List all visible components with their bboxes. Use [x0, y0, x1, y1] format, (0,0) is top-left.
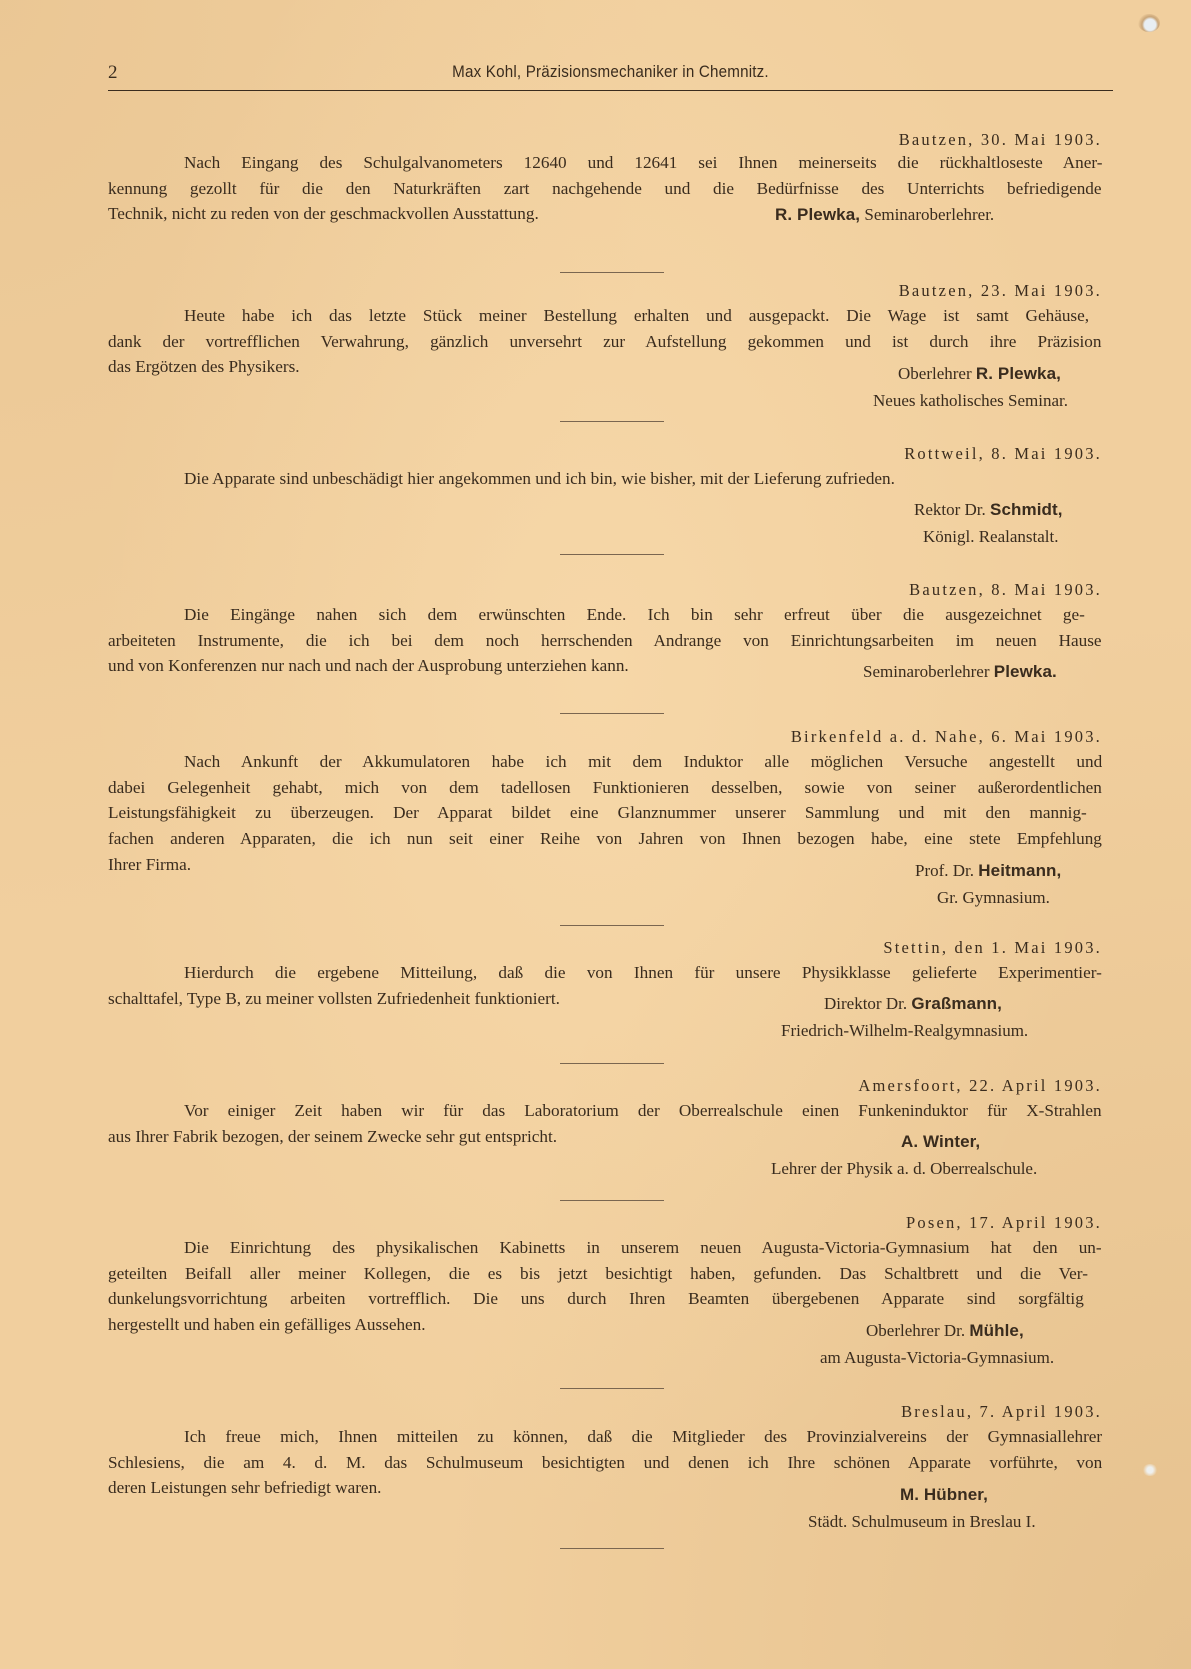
- letter-signature: Rektor Dr. Schmidt,: [914, 500, 1063, 520]
- signer-affiliation: Lehrer der Physik a. d. Oberrealschule.: [771, 1159, 1037, 1179]
- letter-date: Amersfoort, 22. April 1903.: [858, 1076, 1102, 1096]
- letter-line: Die Einrichtung des physikalischen Kabin…: [108, 1235, 1120, 1261]
- section-divider: [560, 1063, 664, 1064]
- letter-body: Nach Ankunft der Akkumulatoren habe ich …: [108, 749, 1120, 878]
- letter-date: Breslau, 7. April 1903.: [901, 1402, 1102, 1422]
- letter-signature: Seminaroberlehrer Plewka.: [863, 662, 1057, 682]
- letter-signature: R. Plewka, Seminaroberlehrer.: [775, 205, 994, 225]
- letter-date: Stettin, den 1. Mai 1903.: [883, 938, 1102, 958]
- letter-signature: Direktor Dr. Graßmann,: [824, 994, 1002, 1014]
- letter-date: Bautzen, 23. Mai 1903.: [899, 281, 1102, 301]
- letter-signature: Oberlehrer Dr. Mühle,: [866, 1321, 1024, 1341]
- letter-line: Vor einiger Zeit haben wir für das Labor…: [108, 1098, 1120, 1124]
- letter-line: Nach Eingang des Schulgalvanometers 1264…: [108, 150, 1120, 176]
- letter-line: Ich freue mich, Ihnen mitteilen zu könne…: [108, 1424, 1120, 1450]
- paper-hole-mark: [1138, 14, 1160, 32]
- signer-title: Direktor Dr.: [824, 994, 907, 1013]
- letter-line: Schlesiens, die am 4. d. M. das Schulmus…: [108, 1450, 1120, 1476]
- running-title: Max Kohl, Präzisionsmechaniker in Chemni…: [148, 63, 1073, 82]
- signer-affiliation: Königl. Realanstalt.: [923, 527, 1059, 547]
- signer-affiliation: am Augusta-Victoria-Gymnasium.: [820, 1348, 1054, 1368]
- letter-signature: A. Winter,: [901, 1132, 980, 1152]
- letter-line: fachen anderen Apparaten, die ich nun se…: [108, 826, 1120, 852]
- signer-title: Rektor Dr.: [914, 500, 986, 519]
- signer-name: R. Plewka,: [775, 205, 860, 224]
- signer-title: Seminaroberlehrer: [863, 662, 990, 681]
- page-number: 2: [108, 62, 118, 84]
- section-divider: [560, 1200, 664, 1201]
- letter-date: Posen, 17. April 1903.: [906, 1213, 1102, 1233]
- signer-name: R. Plewka,: [976, 364, 1061, 383]
- letter-line: geteilten Beifall aller meiner Kollegen,…: [108, 1261, 1120, 1287]
- signer-title: Seminaroberlehrer.: [864, 205, 994, 224]
- letter-line: arbeiteten Instrumente, die ich bei dem …: [108, 628, 1120, 654]
- letter-signature: Oberlehrer R. Plewka,: [898, 364, 1061, 384]
- letter-date: Bautzen, 30. Mai 1903.: [899, 130, 1102, 150]
- letter-line: Die Eingänge nahen sich dem erwünschten …: [108, 602, 1120, 628]
- letter-line: Nach Ankunft der Akkumulatoren habe ich …: [108, 749, 1120, 775]
- section-divider: [560, 1388, 664, 1389]
- signer-affiliation: Neues katholisches Seminar.: [873, 391, 1068, 411]
- letter-body: Die Apparate sind unbeschädigt hier ange…: [108, 466, 1120, 492]
- letter-date: Bautzen, 8. Mai 1903.: [909, 580, 1102, 600]
- page-header: 2 Max Kohl, Präzisionsmechaniker in Chem…: [108, 60, 1113, 91]
- signer-title: Oberlehrer Dr.: [866, 1321, 965, 1340]
- signer-name: Schmidt,: [990, 500, 1063, 519]
- document-page: 2 Max Kohl, Präzisionsmechaniker in Chem…: [0, 0, 1191, 1669]
- section-divider: [560, 713, 664, 714]
- letter-line: dank der vortrefflichen Verwahrung, gänz…: [108, 329, 1120, 355]
- signer-affiliation: Gr. Gymnasium.: [937, 888, 1050, 908]
- letter-line: Die Apparate sind unbeschädigt hier ange…: [108, 466, 1120, 492]
- paper-hole-mark: [1142, 1464, 1158, 1476]
- signer-name: Mühle,: [969, 1321, 1023, 1340]
- section-divider: [560, 272, 664, 273]
- letter-date: Rottweil, 8. Mai 1903.: [904, 444, 1102, 464]
- letter-line: kennung gezollt für die den Naturkräften…: [108, 176, 1120, 202]
- signer-name: Heitmann,: [978, 861, 1061, 880]
- letter-signature: Prof. Dr. Heitmann,: [915, 861, 1061, 881]
- letter-line: dabei Gelegenheit gehabt, mich von dem t…: [108, 775, 1120, 801]
- section-divider: [560, 1548, 664, 1549]
- section-divider: [560, 925, 664, 926]
- signer-title: Oberlehrer: [898, 364, 972, 383]
- signer-name: M. Hübner,: [900, 1485, 988, 1504]
- signer-title: Prof. Dr.: [915, 861, 974, 880]
- letter-line: Leistungsfähigkeit zu überzeugen. Der Ap…: [108, 800, 1120, 826]
- signer-name: Graßmann,: [911, 994, 1002, 1013]
- signer-name: Plewka.: [994, 662, 1057, 681]
- letter-date: Birkenfeld a. d. Nahe, 6. Mai 1903.: [791, 727, 1102, 747]
- letter-signature: M. Hübner,: [900, 1485, 988, 1505]
- section-divider: [560, 554, 664, 555]
- signer-affiliation: Friedrich-Wilhelm-Realgymnasium.: [781, 1021, 1028, 1041]
- letter-line: Heute habe ich das letzte Stück meiner B…: [108, 303, 1120, 329]
- signer-name: A. Winter,: [901, 1132, 980, 1151]
- section-divider: [560, 421, 664, 422]
- letter-line: Hierdurch die ergebene Mitteilung, daß d…: [108, 960, 1120, 986]
- signer-affiliation: Städt. Schulmuseum in Breslau I.: [808, 1512, 1036, 1532]
- letter-line: dunkelungsvorrichtung arbeiten vortreffl…: [108, 1286, 1120, 1312]
